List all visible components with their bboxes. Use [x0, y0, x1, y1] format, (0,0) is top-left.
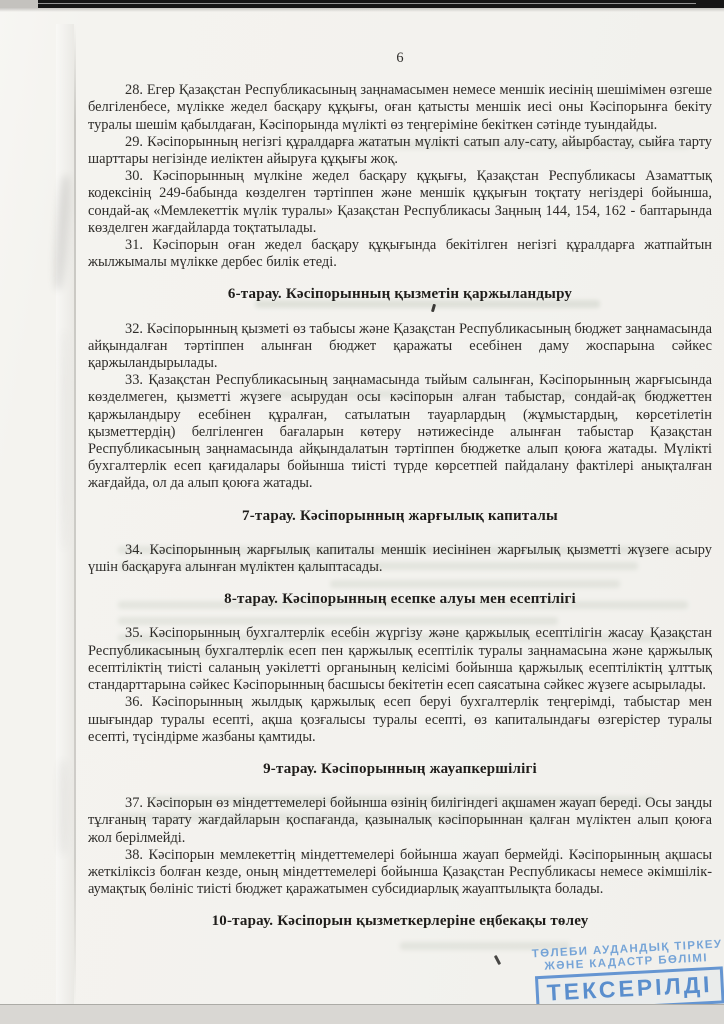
- chapter-heading-9: 9-тарау. Кәсіпорынның жауапкершілігі: [88, 761, 712, 778]
- stamp-verified-label: ТЕКСЕРІЛДІ: [546, 971, 713, 1006]
- chapter-heading-7: 7-тарау. Кәсіпорынның жарғылық капиталы: [88, 508, 712, 525]
- chapter-heading-6: 6-тарау. Кәсіпорынның қызметін қаржыланд…: [88, 286, 712, 303]
- paragraph-37: 37. Кәсіпорын өз міндеттемелері бойынша …: [88, 795, 712, 847]
- paragraph-38: 38. Кәсіпорын мемлекеттің міндеттемелері…: [88, 847, 712, 899]
- paragraph-36: 36. Кәсіпорынның жылдық қаржылық есеп бе…: [88, 694, 712, 746]
- paragraph-30: 30. Кәсіпорынның мүлкіне жедел басқару қ…: [88, 168, 712, 237]
- scanned-document-page: 6 28. Егер Қазақстан Республикасының заң…: [0, 0, 724, 1024]
- paragraph-33: 33. Қазақстан Республикасының заңнамасын…: [88, 372, 712, 492]
- scan-smudge: [58, 760, 68, 855]
- paragraph-34: 34. Кәсіпорынның жарғылық капиталы менші…: [88, 542, 712, 576]
- scan-smudge: [60, 330, 68, 550]
- scan-top-edge-light: [0, 0, 38, 8]
- paragraph-31: 31. Кәсіпорын оған жедел басқару құқығын…: [88, 237, 712, 271]
- paragraph-35: 35. Кәсіпорынның бухгалтерлік есебін жүр…: [88, 625, 712, 694]
- paragraph-32: 32. Кәсіпорынның қызметі өз табысы және …: [88, 321, 712, 373]
- ink-speck: [494, 955, 501, 965]
- paragraph-29: 29. Кәсіпорынның негізгі құралдарға жата…: [88, 134, 712, 168]
- scan-bottom-edge: [0, 1004, 724, 1024]
- chapter-heading-10: 10-тарау. Кәсіпорын қызметкерлеріне еңбе…: [88, 913, 712, 930]
- page-number: 6: [88, 50, 712, 67]
- paper-fold-line: [74, 24, 76, 1006]
- chapter-heading-8: 8-тарау. Кәсіпорынның есепке алуы мен ес…: [88, 591, 712, 608]
- document-body: 6 28. Егер Қазақстан Республикасының заң…: [88, 0, 712, 931]
- paragraph-28: 28. Егер Қазақстан Республикасының заңна…: [88, 82, 712, 134]
